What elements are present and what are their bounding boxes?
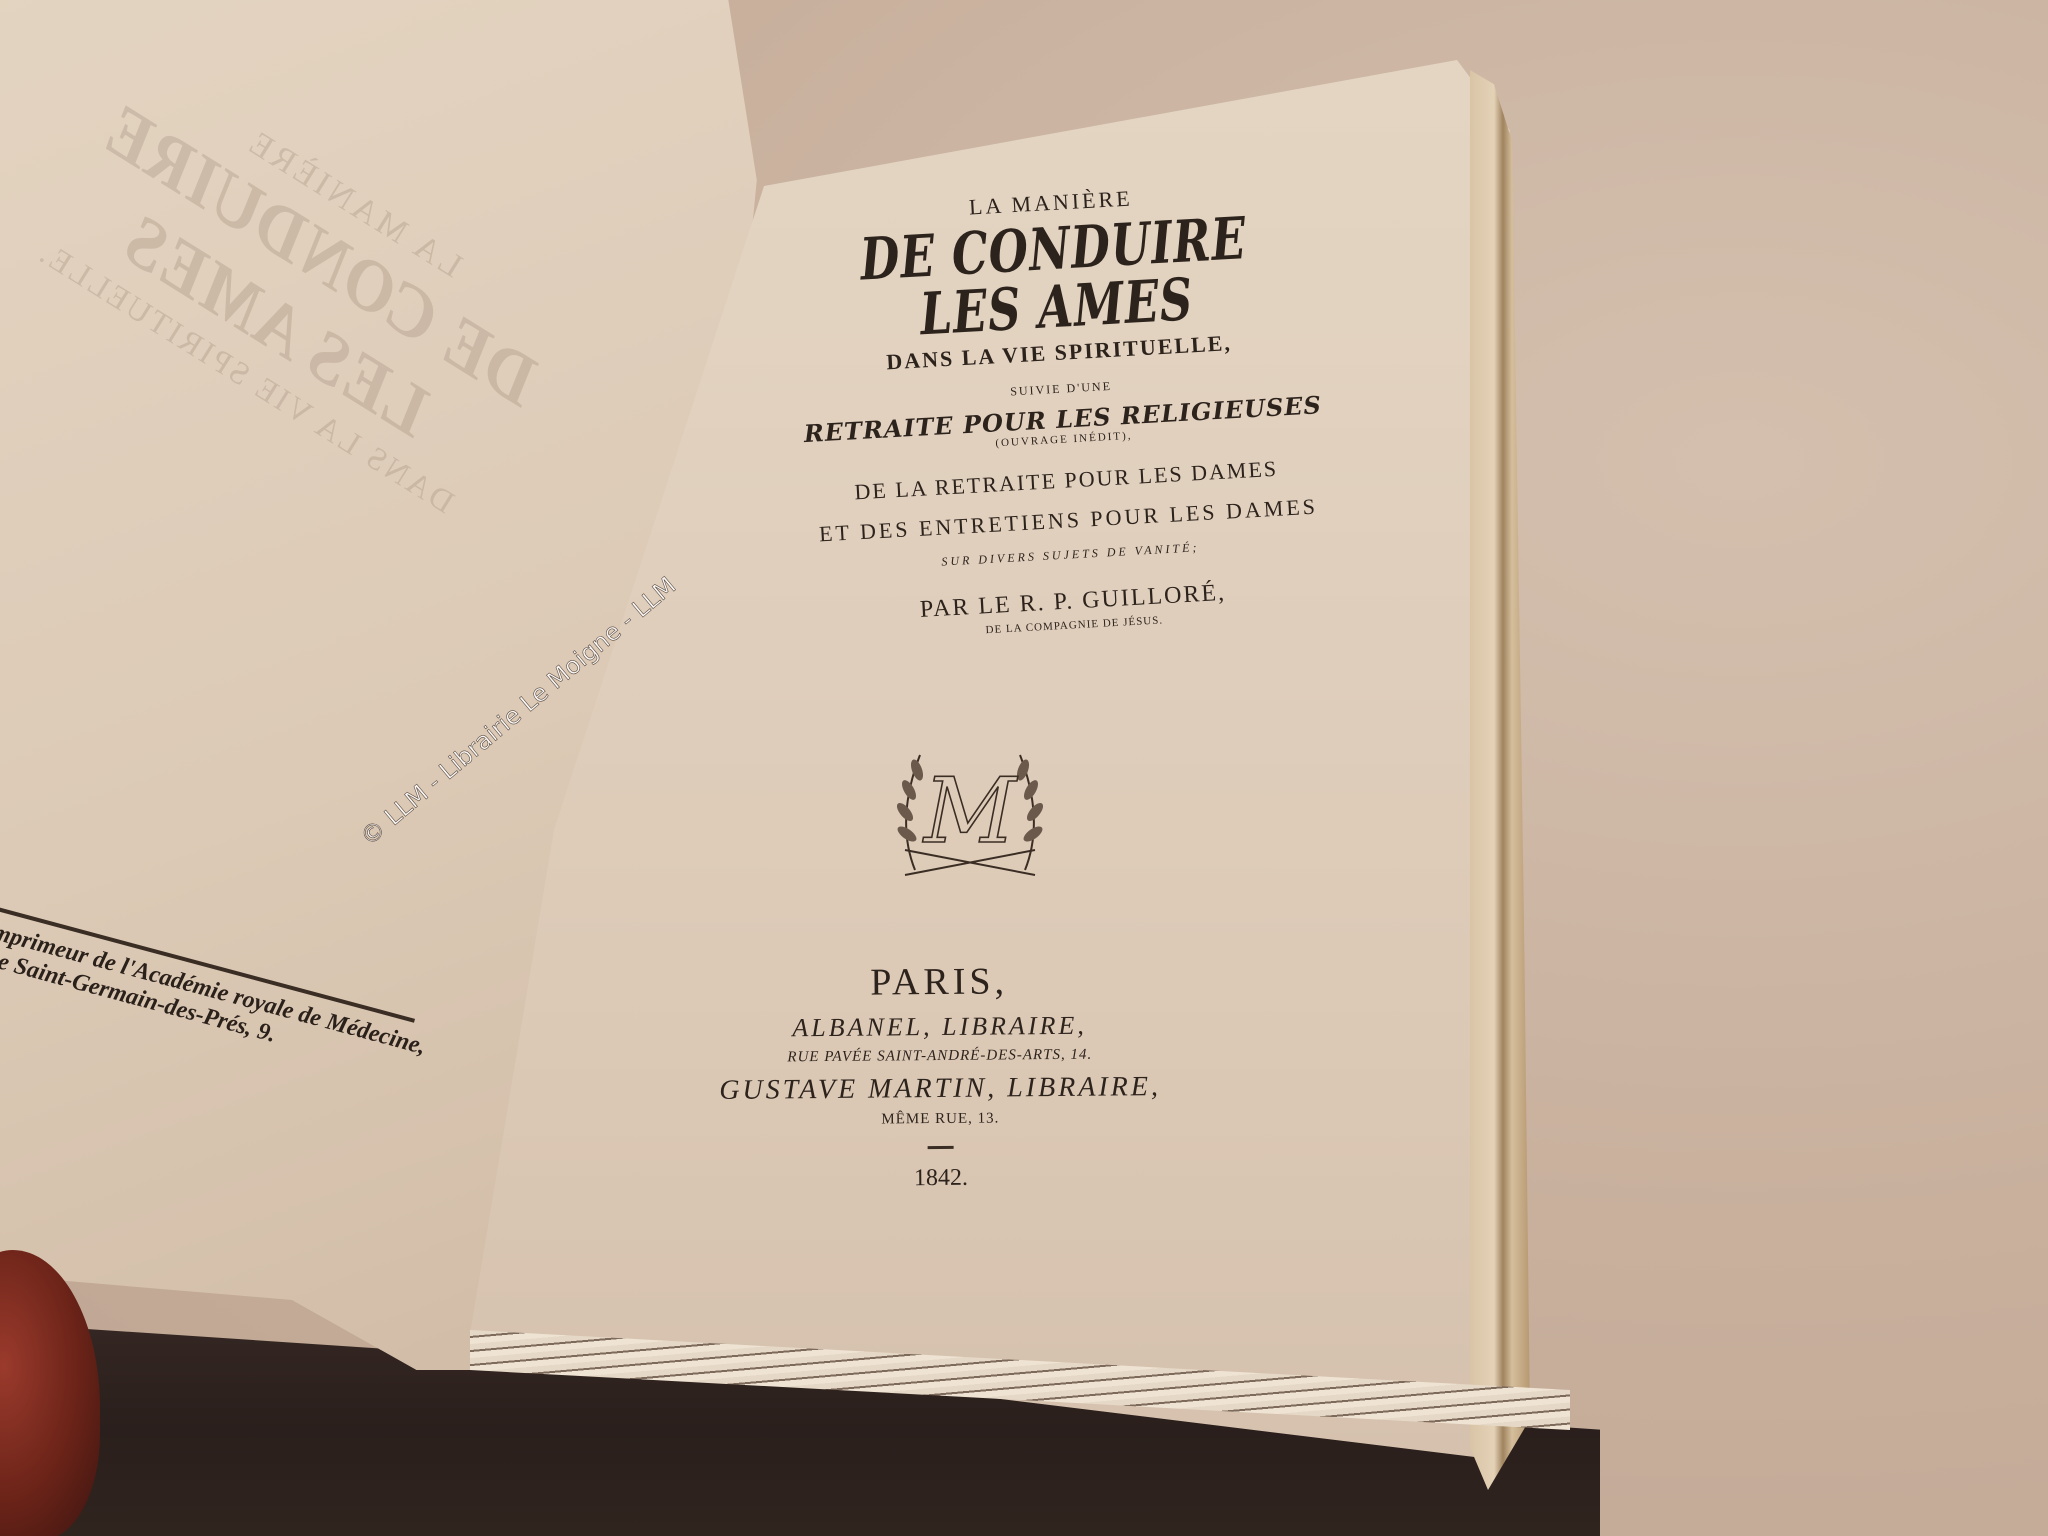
imprint-publisher-2: GUSTAVE MARTIN, LIBRAIRE, <box>700 1071 1180 1107</box>
title-block: LA MANIÈRE DE CONDUIRE LES AMES DANS LA … <box>770 174 1354 647</box>
imprint-publisher-1: ALBANEL, LIBRAIRE, <box>699 1010 1179 1044</box>
imprint-rule <box>928 1146 954 1149</box>
imprint-address-2: MÊME RUE, 13. <box>700 1109 1180 1130</box>
imprint-block: PARIS, ALBANEL, LIBRAIRE, RUE PAVÉE SAIN… <box>699 958 1181 1194</box>
monogram-wreath-icon: M <box>875 730 1065 890</box>
main-title: DE CONDUIRE LES AMES <box>834 208 1277 348</box>
imprint-address-1: RUE PAVÉE SAINT-ANDRÉ-DES-ARTS, 14. <box>700 1046 1180 1067</box>
monogram-letter: M <box>922 759 1018 864</box>
imprint-year: 1842. <box>701 1163 1181 1194</box>
show-through-text: LA MANIÈRE DE CONDUIRE LES AMES DANS LA … <box>0 29 618 551</box>
imprint-city: PARIS, <box>699 958 1179 1006</box>
